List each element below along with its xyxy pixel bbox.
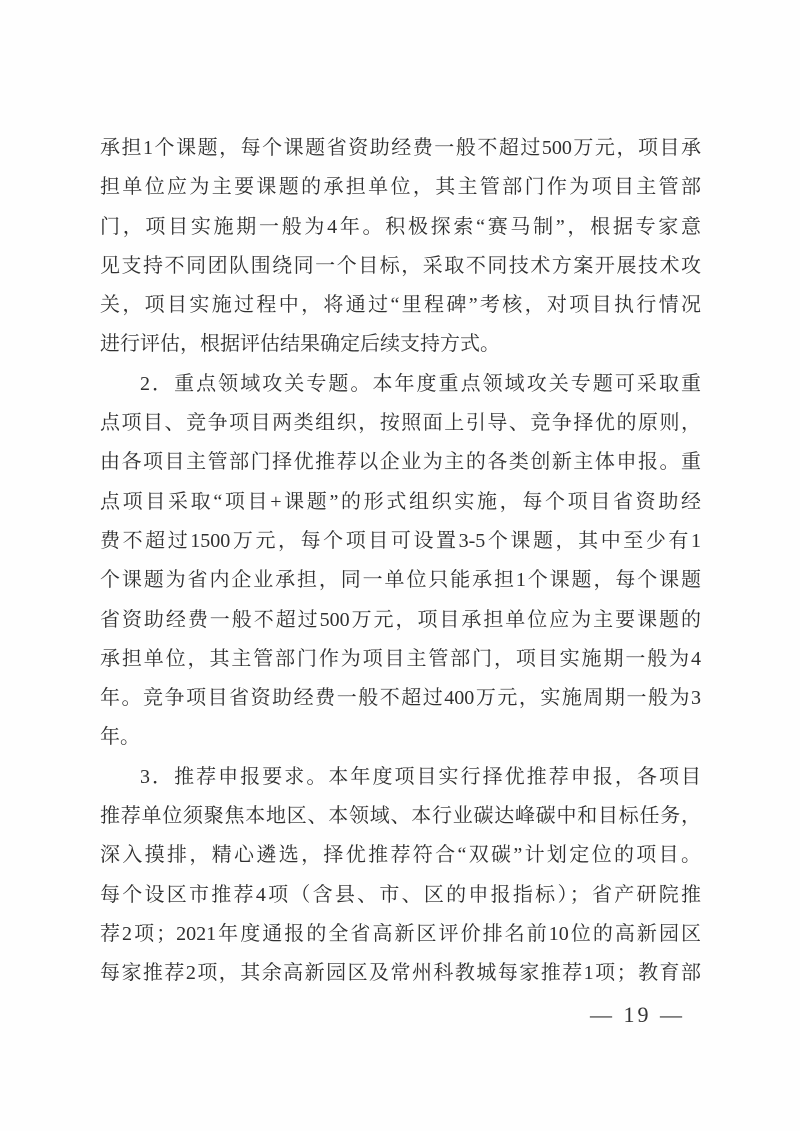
doc-line-section-3: 3．推荐申报要求。本年度项目实行择优推荐申报，各项目 xyxy=(100,758,701,797)
doc-line: 费不超过1500万元，每个项目可设置3-5个课题，其中至少有1 xyxy=(100,522,701,561)
doc-line: 个课题为省内企业承担，同一单位只能承担1个课题，每个课题 xyxy=(100,561,701,600)
doc-line: 每个设区市推荐4项（含县、市、区的申报指标）；省产研院推 xyxy=(100,876,701,915)
doc-line: 点项目采取“项目+课题”的形式组织实施，每个项目省资助经 xyxy=(100,483,701,522)
doc-line: 每家推荐2项，其余高新园区及常州科教城每家推荐1项；教育部 xyxy=(100,954,701,993)
doc-line: 见支持不同团队围绕同一个目标，采取不同技术方案开展技术攻 xyxy=(100,247,701,286)
body-text: 承担1个课题，每个课题省资助经费一般不超过500万元，项目承 担单位应为主要课题… xyxy=(100,129,701,994)
page-number: — 19 — xyxy=(555,1002,720,1028)
doc-line: 点项目、竞争项目两类组织，按照面上引导、竞争择优的原则， xyxy=(100,404,701,443)
doc-line: 推荐单位须聚焦本地区、本领域、本行业碳达峰碳中和目标任务， xyxy=(100,797,701,836)
doc-line: 担单位应为主要课题的承担单位，其主管部门作为项目主管部 xyxy=(100,168,701,207)
doc-line: 进行评估，根据评估结果确定后续支持方式。 xyxy=(100,325,701,364)
doc-line: 荐2项；2021年度通报的全省高新区评价排名前10位的高新园区 xyxy=(100,915,701,954)
doc-line: 年。竞争项目省资助经费一般不超过400万元，实施周期一般为3 xyxy=(100,679,701,718)
doc-line: 深入摸排，精心遴选，择优推荐符合“双碳”计划定位的项目。 xyxy=(100,836,701,875)
doc-line: 门，项目实施期一般为4年。积极探索“赛马制”，根据专家意 xyxy=(100,208,701,247)
doc-line-section-2: 2．重点领域攻关专题。本年度重点领域攻关专题可采取重 xyxy=(100,365,701,404)
doc-line: 承担单位，其主管部门作为项目主管部门，项目实施期一般为4 xyxy=(100,640,701,679)
page-background: 承担1个课题，每个课题省资助经费一般不超过500万元，项目承 担单位应为主要课题… xyxy=(0,0,800,1131)
document-page: { "page": { "number": "19", "footer": "—… xyxy=(0,0,800,1131)
doc-line: 由各项目主管部门择优推荐以企业为主的各类创新主体申报。重 xyxy=(100,443,701,482)
doc-line: 年。 xyxy=(100,718,701,757)
doc-line: 承担1个课题，每个课题省资助经费一般不超过500万元，项目承 xyxy=(100,129,701,168)
doc-line: 省资助经费一般不超过500万元，项目承担单位应为主要课题的 xyxy=(100,601,701,640)
doc-line: 关，项目实施过程中，将通过“里程碑”考核，对项目执行情况 xyxy=(100,286,701,325)
